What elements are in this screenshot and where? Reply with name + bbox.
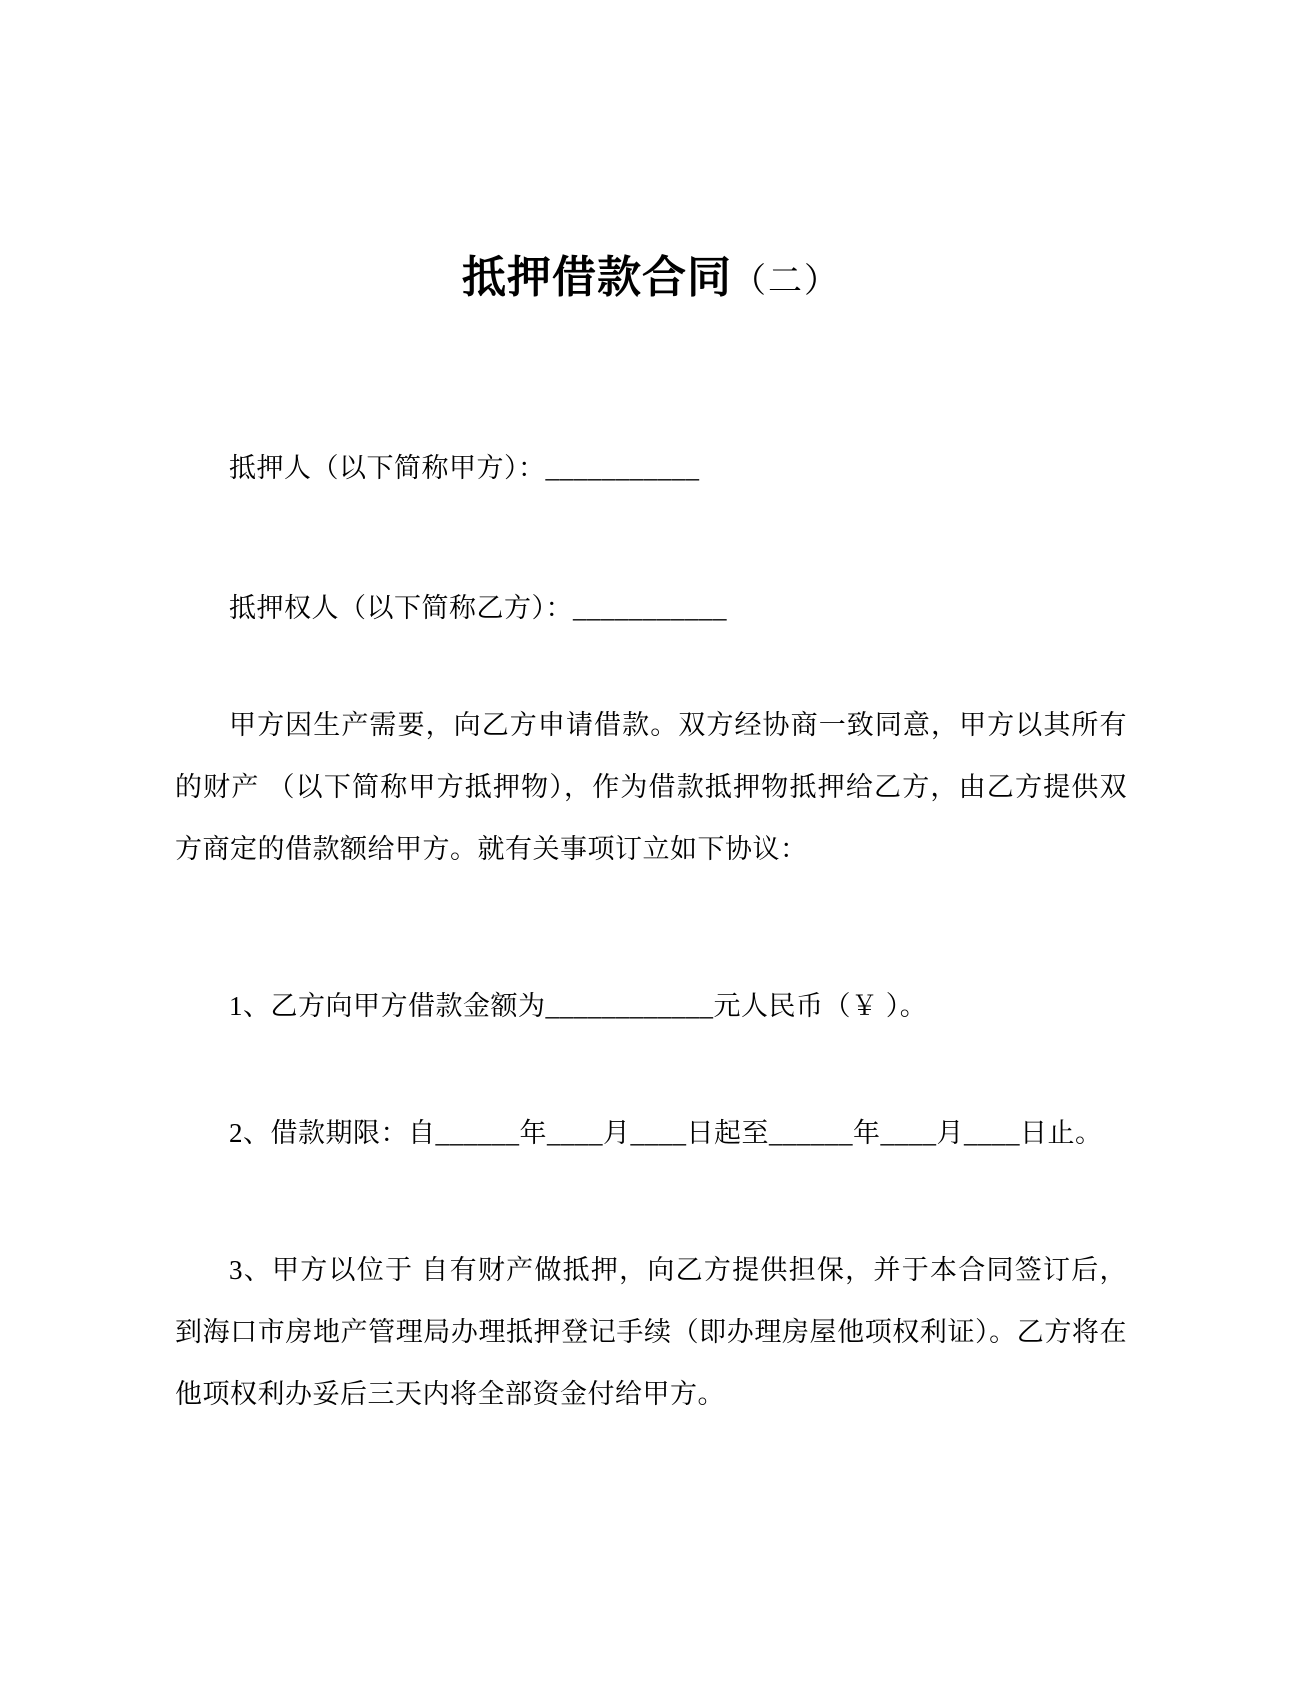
clause-collateral: 3、甲方以位于 自有财产做抵押，向乙方提供担保，并于本合同签订后，到海口市房地产… xyxy=(175,1239,1127,1425)
contract-page: 抵押借款合同（二） 抵押人（以下简称甲方）：___________ 抵押权人（以… xyxy=(0,0,1300,1683)
clause-loan-term: 2、借款期限：自______年____月____日起至______年____月_… xyxy=(175,1102,1127,1164)
document-title-main: 抵押借款合同 xyxy=(462,253,732,302)
intro-paragraph: 甲方因生产需要，向乙方申请借款。双方经协商一致同意，甲方以其所有的财产 （以下简… xyxy=(175,694,1127,880)
mortgagor-line: 抵押人（以下简称甲方）：___________ xyxy=(175,437,1127,499)
mortgagee-line: 抵押权人（以下简称乙方）：___________ xyxy=(175,577,1127,639)
document-title: 抵押借款合同（二） xyxy=(175,248,1127,312)
clause-loan-amount: 1、乙方向甲方借款金额为____________元人民币（￥ ）。 xyxy=(175,975,1127,1037)
document-title-suffix: （二） xyxy=(732,263,840,300)
